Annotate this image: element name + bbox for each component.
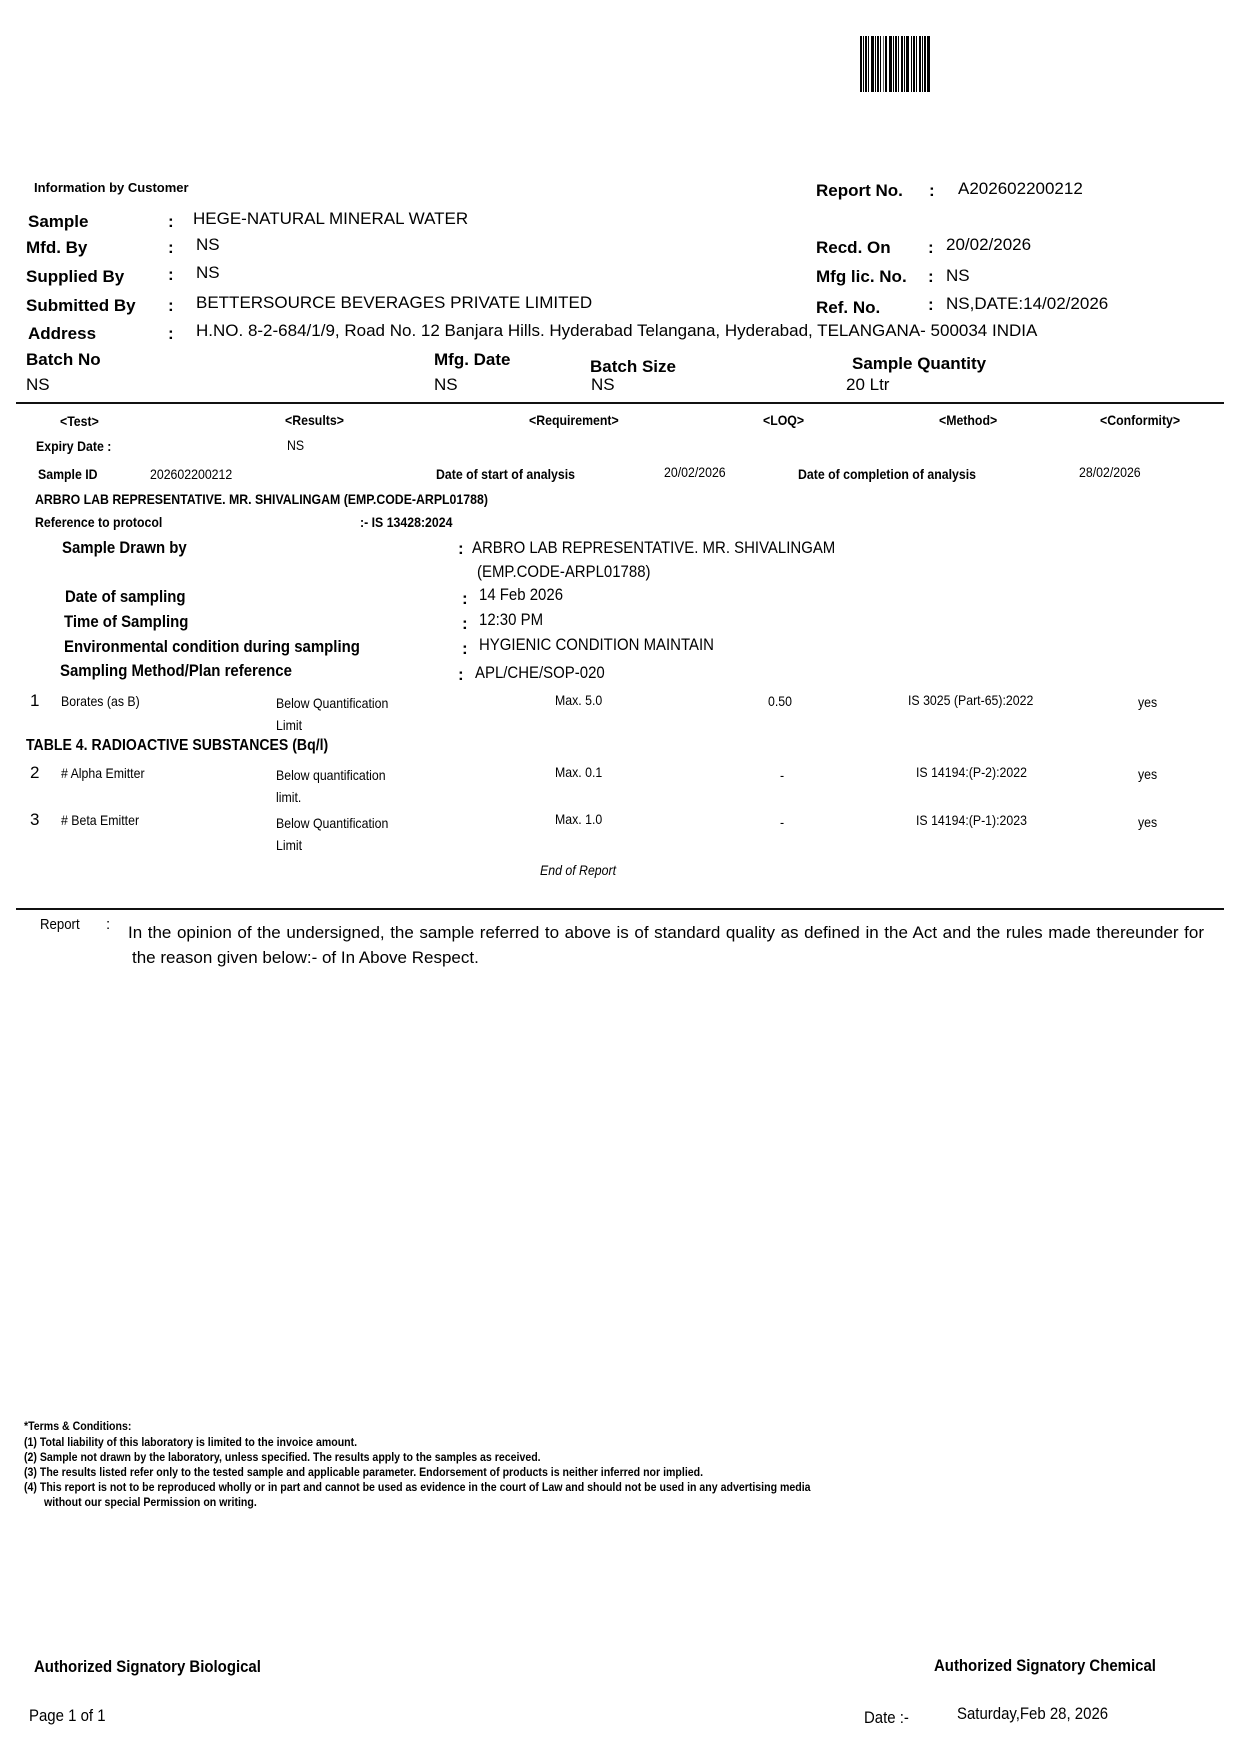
time-of-sampling-value: 12:30 PM xyxy=(479,610,543,630)
colon: : xyxy=(458,539,464,559)
colon: : xyxy=(168,265,174,285)
test-result-cont: Limit xyxy=(276,717,302,733)
expiry-date-label: Expiry Date : xyxy=(36,438,111,454)
protocol-label: Reference to protocol xyxy=(35,514,162,530)
colon: : xyxy=(168,324,174,344)
signatory-biological: Authorized Signatory Biological xyxy=(34,1657,261,1677)
footer-date-value: Saturday,Feb 28, 2026 xyxy=(957,1704,1108,1724)
protocol-value: :- IS 13428:2024 xyxy=(360,514,452,530)
test-conformity: yes xyxy=(1138,766,1157,782)
sample-id-value: 202602200212 xyxy=(150,466,232,482)
test-requirement: Max. 5.0 xyxy=(555,692,602,708)
colon: : xyxy=(106,916,110,933)
test-result: Below Quantification xyxy=(276,815,388,831)
drawn-by-label: Sample Drawn by xyxy=(62,538,187,558)
report-no-label: Report No. xyxy=(816,181,903,201)
mfd-by-value: NS xyxy=(196,235,220,255)
test-name: Borates (as B) xyxy=(61,693,140,709)
test-method: IS 3025 (Part-65):2022 xyxy=(908,692,1033,708)
test-result: Below quantification xyxy=(276,767,386,783)
supplied-by-value: NS xyxy=(196,263,220,283)
divider xyxy=(16,908,1224,910)
sampling-method-value: APL/CHE/SOP-020 xyxy=(475,663,605,683)
sampling-method-label: Sampling Method/Plan reference xyxy=(60,661,292,681)
ref-no-label: Ref. No. xyxy=(816,298,880,318)
sample-label: Sample xyxy=(28,212,88,232)
report-no-value: A202602200212 xyxy=(958,179,1083,199)
test-requirement: Max. 1.0 xyxy=(555,811,602,827)
start-analysis-label: Date of start of analysis xyxy=(436,466,575,482)
colon: : xyxy=(462,639,468,659)
env-condition-label: Environmental condition during sampling xyxy=(64,637,360,657)
col-loq-header: <LOQ> xyxy=(763,412,804,428)
table4-heading: TABLE 4. RADIOACTIVE SUBSTANCES (Bq/l) xyxy=(26,737,328,755)
recd-on-value: 20/02/2026 xyxy=(946,235,1031,255)
test-result-cont: Limit xyxy=(276,837,302,853)
env-condition-value: HYGIENIC CONDITION MAINTAIN xyxy=(479,635,714,655)
recd-on-label: Recd. On xyxy=(816,238,891,258)
date-of-sampling-value: 14 Feb 2026 xyxy=(479,585,563,605)
colon: : xyxy=(928,238,934,258)
colon: : xyxy=(928,267,934,287)
ref-no-value: NS,DATE:14/02/2026 xyxy=(946,294,1108,314)
colon: : xyxy=(168,296,174,316)
test-name: # Alpha Emitter xyxy=(61,765,145,781)
col-results-header: <Results> xyxy=(285,412,344,428)
col-conformity-header: <Conformity> xyxy=(1100,412,1180,428)
batch-no-label: Batch No xyxy=(26,350,101,370)
col-requirement-header: <Requirement> xyxy=(529,412,619,428)
sample-qty-label: Sample Quantity xyxy=(852,354,986,374)
mfg-date-label: Mfg. Date xyxy=(434,350,511,370)
end-of-report: End of Report xyxy=(540,862,616,878)
info-by-customer-label: Information by Customer xyxy=(34,180,189,195)
terms-title: *Terms & Conditions: xyxy=(24,1421,131,1433)
sample-id-label: Sample ID xyxy=(38,466,98,482)
colon: : xyxy=(168,212,174,232)
address-value: H.NO. 8-2-684/1/9, Road No. 12 Banjara H… xyxy=(196,321,1037,341)
terms-item: without our special Permission on writin… xyxy=(44,1497,257,1509)
completion-analysis-value: 28/02/2026 xyxy=(1079,464,1141,480)
completion-analysis-label: Date of completion of analysis xyxy=(798,466,976,482)
mfg-lic-value: NS xyxy=(946,266,970,286)
batch-size-label: Batch Size xyxy=(590,357,676,377)
report-label: Report xyxy=(40,916,80,933)
terms-item: (4) This report is not to be reproduced … xyxy=(24,1482,811,1494)
test-result: Below Quantification xyxy=(276,695,388,711)
report-opinion-text: In the opinion of the undersigned, the s… xyxy=(128,920,1204,970)
representative: ARBRO LAB REPRESENTATIVE. MR. SHIVALINGA… xyxy=(35,491,488,507)
mfg-lic-label: Mfg lic. No. xyxy=(816,267,907,287)
colon: : xyxy=(929,181,935,201)
sample-value: HEGE-NATURAL MINERAL WATER xyxy=(193,209,468,229)
test-loq: 0.50 xyxy=(768,693,792,709)
test-method: IS 14194:(P-1):2023 xyxy=(916,812,1027,828)
batch-size-value: NS xyxy=(591,375,615,395)
supplied-by-label: Supplied By xyxy=(26,267,124,287)
colon: : xyxy=(462,614,468,634)
drawn-by-value-line1: ARBRO LAB REPRESENTATIVE. MR. SHIVALINGA… xyxy=(472,538,835,558)
test-no: 3 xyxy=(30,810,39,830)
test-no: 1 xyxy=(30,691,39,711)
mfd-by-label: Mfd. By xyxy=(26,238,87,258)
colon: : xyxy=(462,589,468,609)
terms-item: (2) Sample not drawn by the laboratory, … xyxy=(24,1452,541,1464)
test-conformity: yes xyxy=(1138,814,1157,830)
test-method: IS 14194:(P-2):2022 xyxy=(916,764,1027,780)
test-no: 2 xyxy=(30,763,39,783)
footer-date-label: Date :- xyxy=(864,1708,909,1728)
test-loq: - xyxy=(780,814,784,830)
terms-item: (1) Total liability of this laboratory i… xyxy=(24,1437,357,1449)
test-conformity: yes xyxy=(1138,694,1157,710)
colon: : xyxy=(168,238,174,258)
col-method-header: <Method> xyxy=(939,412,997,428)
start-analysis-value: 20/02/2026 xyxy=(664,464,726,480)
drawn-by-value-line2: (EMP.CODE-ARPL01788) xyxy=(477,562,650,582)
submitted-by-value: BETTERSOURCE BEVERAGES PRIVATE LIMITED xyxy=(196,293,592,313)
test-result-cont: limit. xyxy=(276,789,301,805)
terms-item: (3) The results listed refer only to the… xyxy=(24,1467,703,1479)
expiry-date-value: NS xyxy=(287,437,304,453)
mfg-date-value: NS xyxy=(434,375,458,395)
date-of-sampling-label: Date of sampling xyxy=(65,587,186,607)
address-label: Address xyxy=(28,324,96,344)
colon: : xyxy=(928,295,934,315)
divider xyxy=(16,402,1224,404)
submitted-by-label: Submitted By xyxy=(26,296,136,316)
sample-qty-value: 20 Ltr xyxy=(846,375,889,395)
test-loq: - xyxy=(780,767,784,783)
time-of-sampling-label: Time of Sampling xyxy=(64,612,188,632)
test-name: # Beta Emitter xyxy=(61,812,139,828)
page-number: Page 1 of 1 xyxy=(29,1706,106,1726)
barcode xyxy=(860,36,986,92)
signatory-chemical: Authorized Signatory Chemical xyxy=(934,1656,1156,1676)
test-requirement: Max. 0.1 xyxy=(555,764,602,780)
colon: : xyxy=(458,665,464,685)
batch-no-value: NS xyxy=(26,375,50,395)
col-test-header: <Test> xyxy=(60,413,99,429)
